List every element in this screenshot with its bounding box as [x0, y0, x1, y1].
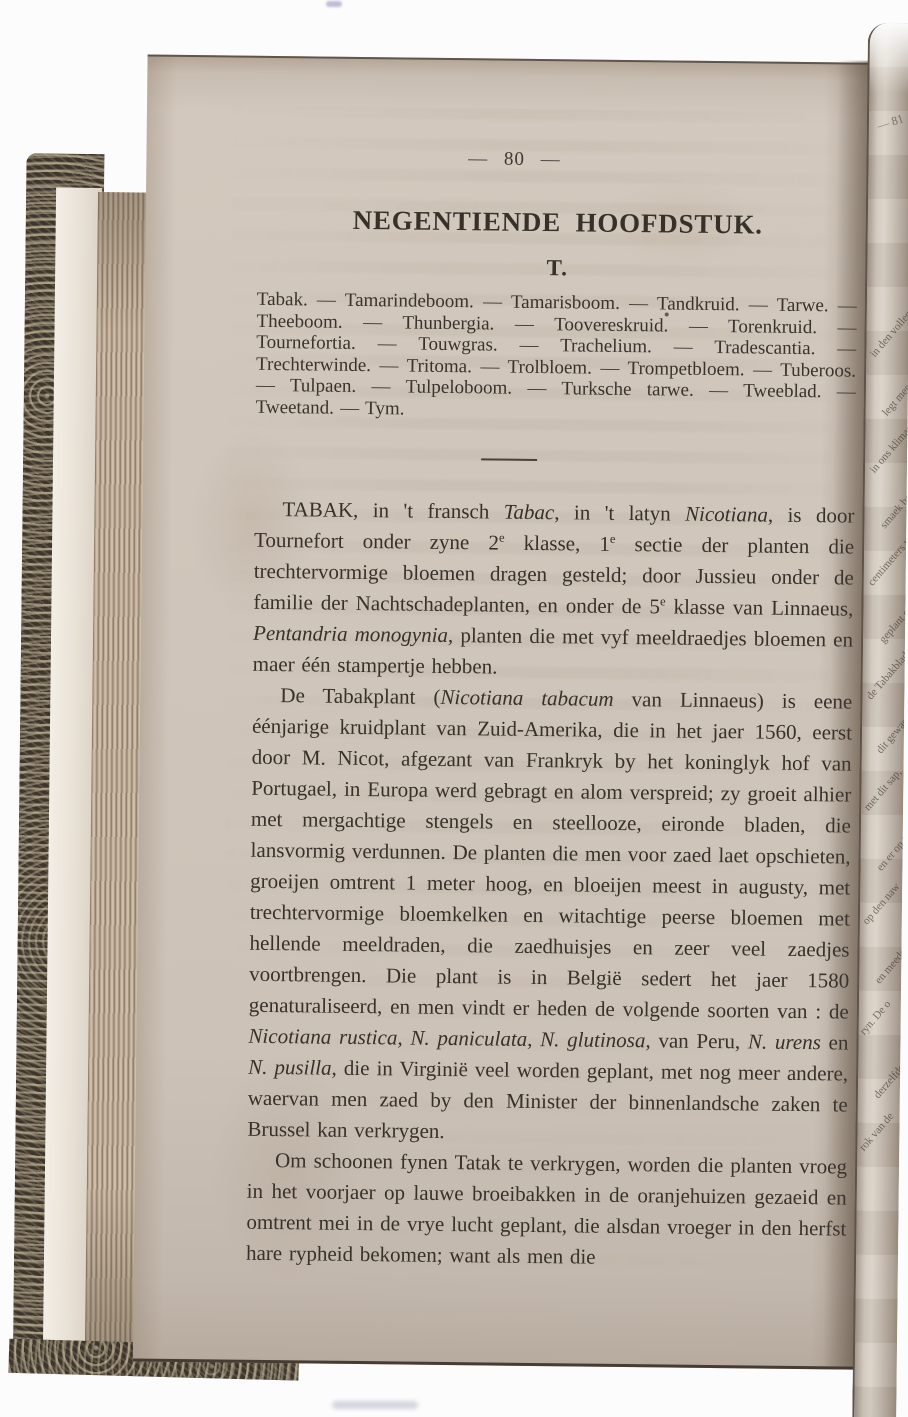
faint-mark-top: [326, 1, 342, 7]
curled-page-text-fragment: en meeder, b: [873, 936, 908, 986]
book-photo: { "colors": { "background": "#fcfcfd", "…: [0, 0, 908, 1417]
facing-page-number: — 81: [875, 111, 905, 133]
curled-page-text-fragment: geplant en op: [877, 593, 908, 646]
paragraph: De Tabakplant (Nicotiana tabacum van Lin…: [247, 680, 852, 1152]
paragraph: TABAK, in 't fransch Tabac, in 't latyn …: [253, 494, 855, 687]
curled-page-text-fragment: smaek behou: [878, 479, 908, 531]
curled-page-text-fragment: en er op twee: [874, 821, 908, 874]
curled-page-text-fragment: met dit sap,: [862, 767, 904, 814]
plant-name-index: Tabak. — Tamarindeboom. — Tamarisboom. —…: [256, 289, 857, 425]
curled-page-text-fragment: derzelfde kra: [872, 1049, 908, 1101]
page-content: — 80 — NEGENTIENDE HOOFDSTUK. T. Tabak. …: [260, 58, 860, 65]
curled-page-text-fragment: centimeters v: [866, 536, 908, 589]
curled-page-text-fragment: ryn. De o: [857, 998, 893, 1037]
curled-page-text-fragment: in den vollen: [868, 308, 908, 359]
left-book-page: — 80 — NEGENTIENDE HOOFDSTUK. T. Tabak. …: [133, 55, 870, 1370]
curled-page-text-fragment: de Tabakblad: [864, 650, 908, 702]
curled-page-text-fragment: in ons klimaet: [868, 420, 908, 475]
body-paragraphs: TABAK, in 't fransch Tabac, in 't latyn …: [246, 494, 855, 1276]
curled-page-text-fragment: rok van de: [857, 1110, 896, 1153]
curled-page-text-fragment: legt men geva: [880, 364, 908, 419]
curled-page-text-fragment: dit gewas k: [874, 710, 908, 756]
paragraph: Om schoonen fynen Tatak te verkrygen, wo…: [246, 1145, 847, 1276]
page-glare: [869, 23, 908, 93]
curled-page-text-fragment: op den naw: [860, 881, 902, 927]
faint-mark-bottom: [332, 1401, 418, 1409]
open-book: — 80 — NEGENTIENDE HOOFDSTUK. T. Tabak. …: [0, 0, 908, 1417]
